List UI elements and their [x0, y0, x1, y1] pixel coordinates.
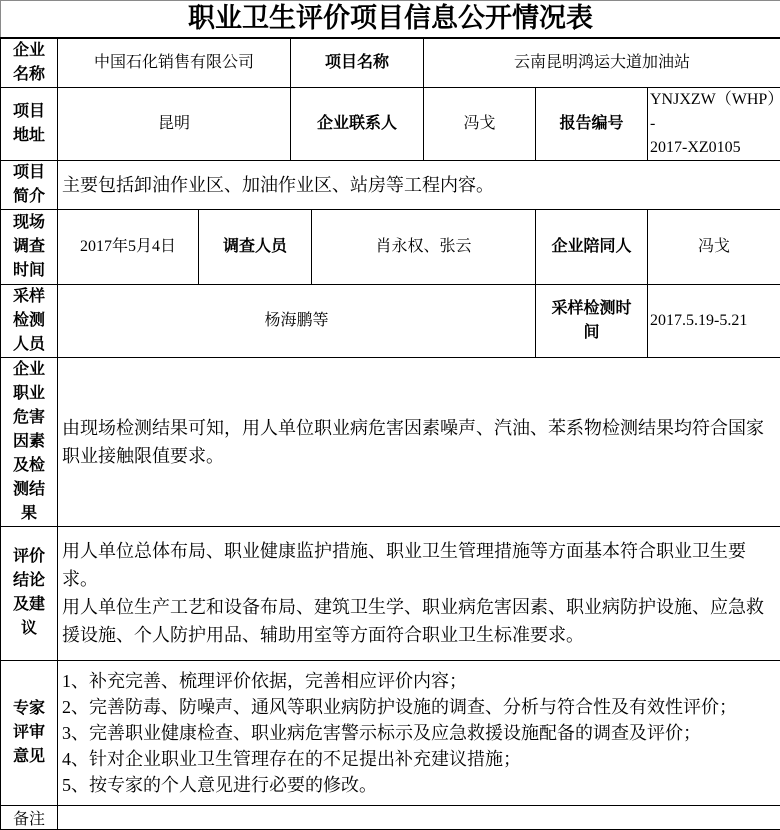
hazard-factors-label: 企业职业危害因素及检测结果 [1, 357, 58, 526]
page-title: 职业卫生评价项目信息公开情况表 [1, 1, 780, 38]
conclusion-value: 用人单位总体布局、职业健康监护措施、职业卫生管理措施等方面基本符合职业卫生要求。… [58, 526, 780, 660]
table-row: 专家评审意见 1、补充完善、梳理评价依据，完善相应评价内容； 2、完善防毒、防噪… [1, 660, 780, 805]
hazard-factors-value: 由现场检测结果可知，用人单位职业病危害因素噪声、汽油、苯系物检测结果均符合国家职… [58, 357, 780, 526]
title-row: 职业卫生评价项目信息公开情况表 [1, 1, 780, 38]
project-address-value: 昆明 [58, 87, 291, 160]
company-contact-label: 企业联系人 [291, 87, 424, 160]
survey-date-label: 现场调查时间 [1, 209, 58, 284]
expert-review-value: 1、补充完善、梳理评价依据，完善相应评价内容； 2、完善防毒、防噪声、通风等职业… [58, 660, 780, 805]
project-name-value: 云南昆明鸿运大道加油站 [424, 38, 780, 88]
project-name-label: 项目名称 [291, 38, 424, 88]
sampling-time-value: 2017.5.19-5.21 [648, 284, 780, 357]
company-name-label: 企业名称 [1, 38, 58, 88]
expert-review-item-4: 4、针对企业职业卫生管理存在的不足提出补充建议措施； [62, 746, 776, 772]
table-row: 项目地址 昆明 企业联系人 冯戈 报告编号 YNJXZW（WHP）- 2017-… [1, 87, 780, 160]
info-table: 职业卫生评价项目信息公开情况表 企业名称 中国石化销售有限公司 项目名称 云南昆… [0, 0, 780, 830]
table-row: 企业职业危害因素及检测结果 由现场检测结果可知，用人单位职业病危害因素噪声、汽油… [1, 357, 780, 526]
table-row: 备注 [1, 805, 780, 829]
company-name-value: 中国石化销售有限公司 [58, 38, 291, 88]
notes-value [58, 805, 780, 829]
expert-review-label: 专家评审意见 [1, 660, 58, 805]
conclusion-paragraph-1: 用人单位总体布局、职业健康监护措施、职业卫生管理措施等方面基本符合职业卫生要求。 [62, 537, 776, 593]
conclusion-label: 评价结论及建议 [1, 526, 58, 660]
survey-date-value: 2017年5月4日 [58, 209, 199, 284]
expert-review-item-1: 1、补充完善、梳理评价依据，完善相应评价内容； [62, 668, 776, 694]
samplers-value: 杨海鹏等 [58, 284, 536, 357]
expert-review-item-5: 5、按专家的个人意见进行必要的修改。 [62, 772, 776, 798]
project-address-label: 项目地址 [1, 87, 58, 160]
table-row: 现场调查时间 2017年5月4日 调查人员 肖永权、张云 企业陪同人 冯戈 [1, 209, 780, 284]
expert-review-item-2: 2、完善防毒、防噪声、通风等职业病防护设施的调查、分析与符合性及有效性评价； [62, 694, 776, 720]
escort-label: 企业陪同人 [536, 209, 648, 284]
report-number-label: 报告编号 [536, 87, 648, 160]
conclusion-paragraph-2: 用人单位生产工艺和设备布局、建筑卫生学、职业病危害因素、职业病防护设施、应急救援… [62, 593, 776, 649]
notes-label: 备注 [1, 805, 58, 829]
table-row: 采样检测人员 杨海鹏等 采样检测时间 2017.5.19-5.21 [1, 284, 780, 357]
project-summary-label: 项目简介 [1, 160, 58, 209]
project-summary-value: 主要包括卸油作业区、加油作业区、站房等工程内容。 [58, 160, 780, 209]
company-contact-value: 冯戈 [424, 87, 536, 160]
report-number-value: YNJXZW（WHP）- 2017-XZ0105 [648, 87, 780, 160]
table-row: 项目简介 主要包括卸油作业区、加油作业区、站房等工程内容。 [1, 160, 780, 209]
sampling-time-label: 采样检测时间 [536, 284, 648, 357]
escort-value: 冯戈 [648, 209, 780, 284]
expert-review-item-3: 3、完善职业健康检查、职业病危害警示标示及应急救援设施配备的调查及评价； [62, 720, 776, 746]
table-row: 评价结论及建议 用人单位总体布局、职业健康监护措施、职业卫生管理措施等方面基本符… [1, 526, 780, 660]
table-row: 企业名称 中国石化销售有限公司 项目名称 云南昆明鸿运大道加油站 [1, 38, 780, 88]
samplers-label: 采样检测人员 [1, 284, 58, 357]
surveyors-label: 调查人员 [199, 209, 312, 284]
surveyors-value: 肖永权、张云 [312, 209, 536, 284]
